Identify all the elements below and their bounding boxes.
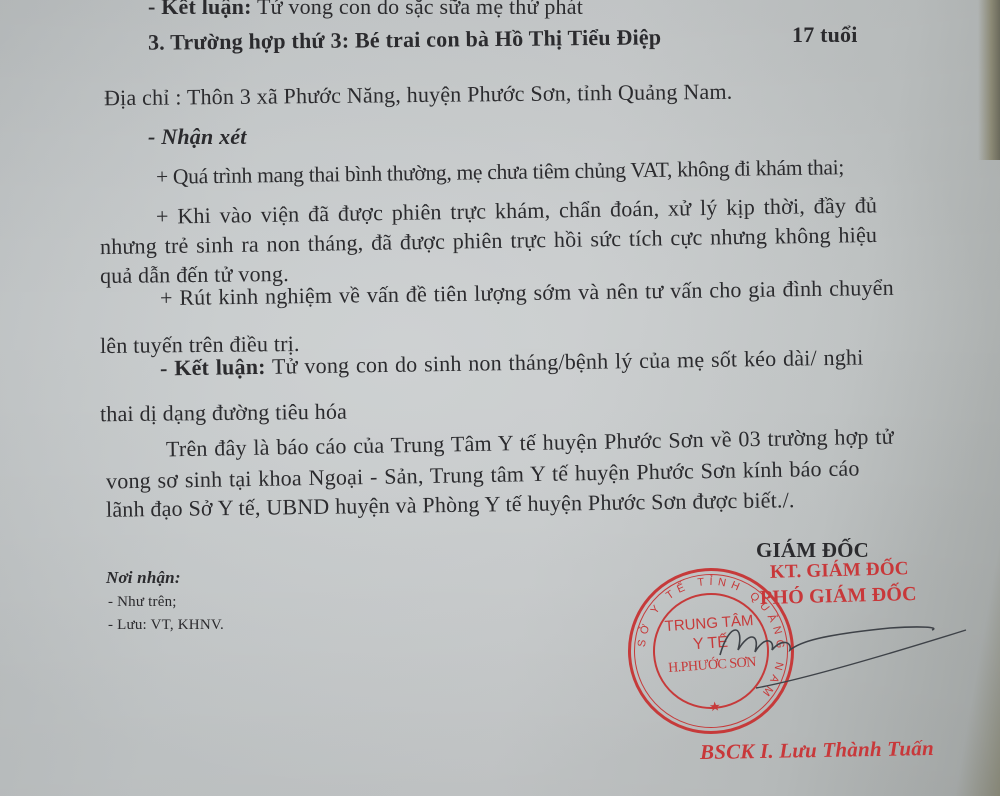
stamp-kt-director: KT. GIÁM ĐỐC <box>770 558 909 584</box>
case3-address: Địa chỉ : Thôn 3 xã Phước Năng, huyện Ph… <box>104 79 733 112</box>
document-page: - Kết luận: Tử vong con do sặc sữa mẹ th… <box>0 0 1000 796</box>
recipient-item: - Lưu: VT, KHNV. <box>108 617 224 634</box>
page-edge-shadow <box>978 0 1000 160</box>
signer-name: BSCK I. Lưu Thành Tuấn <box>700 736 934 765</box>
case2-conclusion: - Kết luận: Tử vong con do sặc sữa mẹ th… <box>148 0 583 20</box>
case3-title: 3. Trường hợp thứ 3: Bé trai con bà Hồ T… <box>148 24 662 55</box>
handwritten-signature <box>700 600 1000 710</box>
case3-conclusion-line-2: thai dị dạng đường tiêu hóa <box>100 399 347 428</box>
recipients-heading: Nơi nhận: <box>106 568 181 588</box>
remark-1: + Quá trình mang thai bình thường, mẹ ch… <box>156 155 844 190</box>
remarks-heading: - Nhận xét <box>148 124 247 150</box>
recipient-item: - Như trên; <box>108 594 177 611</box>
case3-age: 17 tuổi <box>792 22 858 48</box>
